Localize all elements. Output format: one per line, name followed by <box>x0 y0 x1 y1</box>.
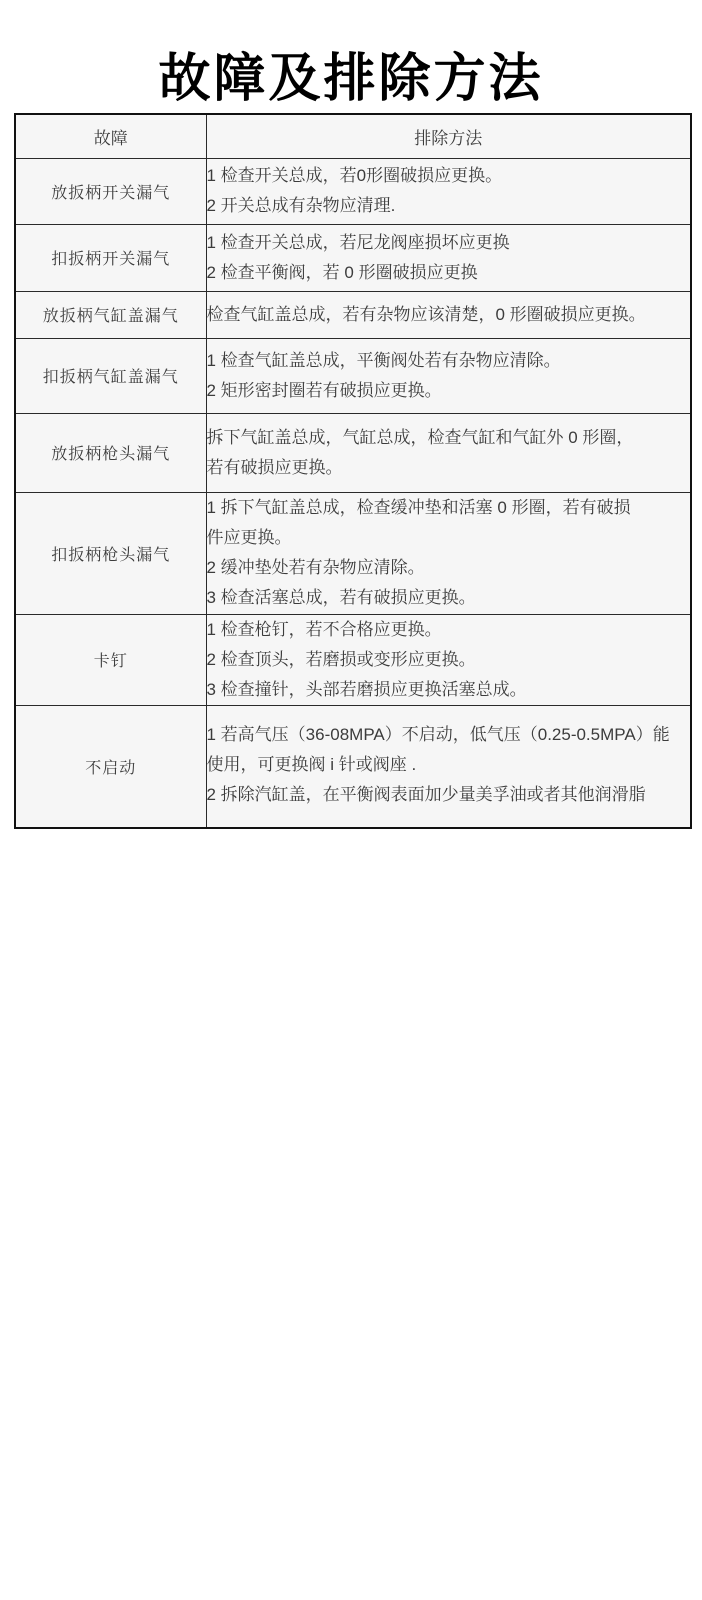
solution-cell: 1 拆下气缸盖总成，检查缓冲垫和活塞 0 形圈，若有破损 件应更换。 2 缓冲垫… <box>206 492 691 614</box>
fault-cell: 卡钉 <box>15 614 206 705</box>
solution-line: 检查气缸盖总成，若有杂物应该清楚，0 形圈破损应更换。 <box>207 300 691 330</box>
solution-line: 1 检查开关总成，若尼龙阀座损坏应更换 <box>207 228 691 258</box>
solution-line: 3 检查活塞总成，若有破损应更换。 <box>207 583 691 613</box>
fault-cell: 不启动 <box>15 705 206 828</box>
solution-line: 使用，可更换阀 i 针或阀座 . <box>207 750 691 780</box>
troubleshooting-table: 故障 排除方法 放扳柄开关漏气 1 检查开关总成，若0形圈破损应更换。 2 开关… <box>14 113 692 829</box>
solution-line: 件应更换。 <box>207 523 691 553</box>
document-page: 故障及排除方法 故障 排除方法 放扳柄开关漏气 1 检查开关总成，若0形圈破损应… <box>0 0 702 1600</box>
solution-line: 2 拆除汽缸盖，在平衡阀表面加少量美孚油或者其他润滑脂 <box>207 780 691 810</box>
solution-line: 3 检查撞针，头部若磨损应更换活塞总成。 <box>207 675 691 705</box>
solution-line: 拆下气缸盖总成，气缸总成，检查气缸和气缸外 0 形圈， <box>207 423 691 453</box>
fault-cell: 放扳柄枪头漏气 <box>15 413 206 492</box>
solution-line: 2 检查平衡阀，若 0 形圈破损应更换 <box>207 258 691 288</box>
table-header-row: 故障 排除方法 <box>15 114 691 158</box>
fault-cell: 扣扳柄气缸盖漏气 <box>15 338 206 413</box>
solution-cell: 检查气缸盖总成，若有杂物应该清楚，0 形圈破损应更换。 <box>206 291 691 338</box>
solution-line: 1 检查气缸盖总成，平衡阀处若有杂物应清除。 <box>207 346 691 376</box>
table-row: 扣扳柄开关漏气 1 检查开关总成，若尼龙阀座损坏应更换 2 检查平衡阀，若 0 … <box>15 224 691 291</box>
fault-cell: 扣扳柄枪头漏气 <box>15 492 206 614</box>
solution-line: 若有破损应更换。 <box>207 453 691 483</box>
solution-line: 2 缓冲垫处若有杂物应清除。 <box>207 553 691 583</box>
table-row: 扣扳柄枪头漏气 1 拆下气缸盖总成，检查缓冲垫和活塞 0 形圈，若有破损 件应更… <box>15 492 691 614</box>
table-row: 放扳柄气缸盖漏气 检查气缸盖总成，若有杂物应该清楚，0 形圈破损应更换。 <box>15 291 691 338</box>
solution-line: 1 检查开关总成，若0形圈破损应更换。 <box>207 161 691 191</box>
solution-line: 2 开关总成有杂物应清理. <box>207 191 691 221</box>
fault-cell: 放扳柄开关漏气 <box>15 158 206 224</box>
solution-line: 2 检查顶头，若磨损或变形应更换。 <box>207 645 691 675</box>
table-row: 卡钉 1 检查枪钉，若不合格应更换。 2 检查顶头，若磨损或变形应更换。 3 检… <box>15 614 691 705</box>
solution-line: 2 矩形密封圈若有破损应更换。 <box>207 376 691 406</box>
solution-line: 1 拆下气缸盖总成，检查缓冲垫和活塞 0 形圈，若有破损 <box>207 493 691 523</box>
page-title: 故障及排除方法 <box>0 47 702 111</box>
fault-cell: 扣扳柄开关漏气 <box>15 224 206 291</box>
table-row: 不启动 1 若高气压（36-08MPA）不启动，低气压（0.25-0.5MPA）… <box>15 705 691 828</box>
solution-cell: 1 若高气压（36-08MPA）不启动，低气压（0.25-0.5MPA）能 使用… <box>206 705 691 828</box>
solution-cell: 1 检查开关总成，若尼龙阀座损坏应更换 2 检查平衡阀，若 0 形圈破损应更换 <box>206 224 691 291</box>
table-row: 放扳柄开关漏气 1 检查开关总成，若0形圈破损应更换。 2 开关总成有杂物应清理… <box>15 158 691 224</box>
fault-cell: 放扳柄气缸盖漏气 <box>15 291 206 338</box>
solution-line: 1 检查枪钉，若不合格应更换。 <box>207 615 691 645</box>
table-row: 扣扳柄气缸盖漏气 1 检查气缸盖总成，平衡阀处若有杂物应清除。 2 矩形密封圈若… <box>15 338 691 413</box>
fault-column-header: 故障 <box>15 114 206 158</box>
solution-line: 1 若高气压（36-08MPA）不启动，低气压（0.25-0.5MPA）能 <box>207 720 691 750</box>
solution-cell: 1 检查气缸盖总成，平衡阀处若有杂物应清除。 2 矩形密封圈若有破损应更换。 <box>206 338 691 413</box>
table-row: 放扳柄枪头漏气 拆下气缸盖总成，气缸总成，检查气缸和气缸外 0 形圈， 若有破损… <box>15 413 691 492</box>
method-column-header: 排除方法 <box>206 114 691 158</box>
solution-cell: 1 检查开关总成，若0形圈破损应更换。 2 开关总成有杂物应清理. <box>206 158 691 224</box>
solution-cell: 1 检查枪钉，若不合格应更换。 2 检查顶头，若磨损或变形应更换。 3 检查撞针… <box>206 614 691 705</box>
solution-cell: 拆下气缸盖总成，气缸总成，检查气缸和气缸外 0 形圈， 若有破损应更换。 <box>206 413 691 492</box>
